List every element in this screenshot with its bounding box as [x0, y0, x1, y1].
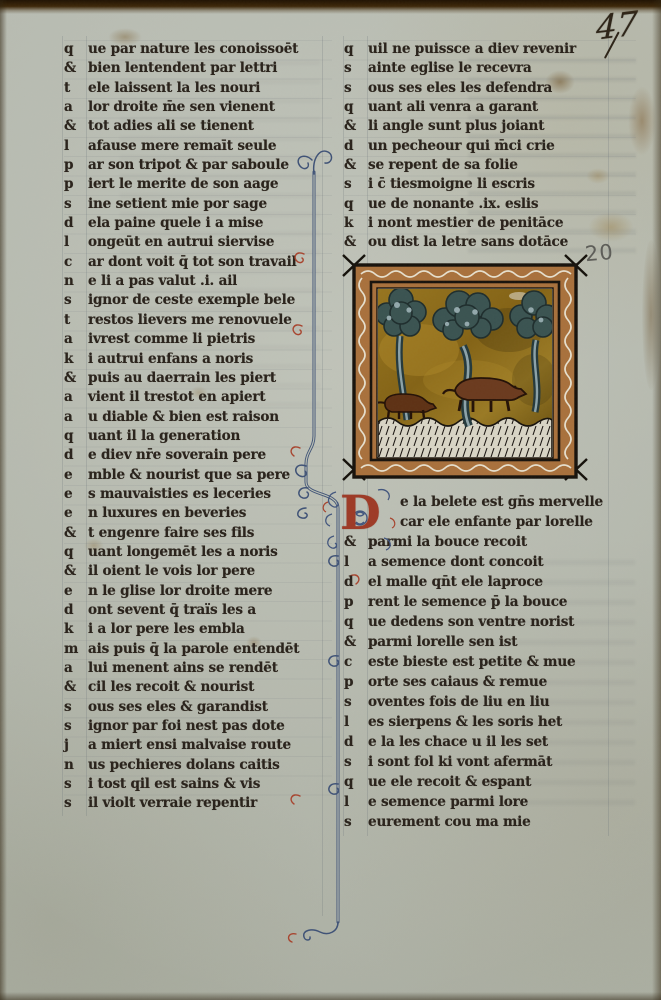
line-text: tot adies ali se tienent	[88, 117, 254, 136]
verse-line: soventes fois de liu en liu	[344, 692, 636, 712]
line-initial: &	[64, 369, 88, 388]
margin-annotation: 20	[584, 240, 615, 266]
line-text: es sierpens & les soris het	[368, 712, 562, 732]
verse-line: &parmi lorelle sen ist	[344, 632, 636, 652]
line-initial: c	[64, 253, 88, 272]
ruling-line	[62, 36, 63, 816]
line-text: afause mere remaīt seule	[88, 137, 276, 156]
line-initial: l	[344, 792, 368, 812]
line-text: car ele enfante par lorelle	[400, 512, 593, 532]
verse-line: si c̄ tiesmoigne li escris	[344, 175, 636, 194]
line-text: lor droite m̄e sen vienent	[88, 98, 275, 117]
line-text: n le glise lor droite mere	[88, 582, 272, 601]
line-text: e diev nr̄e soverain pere	[88, 446, 266, 465]
verse-line: del malle qn̄t ele laproce	[344, 572, 636, 592]
line-text: bien lentendent par lettri	[88, 59, 277, 78]
verse-line: que par nature les conoissoēt	[64, 40, 332, 59]
verse-line: &bien lentendent par lettri	[64, 59, 332, 78]
line-initial: a	[64, 388, 88, 407]
line-text: puis au daerrain les piert	[88, 369, 276, 388]
verse-line: que ele recoit & espant	[344, 772, 636, 792]
verse-line: &tot adies ali se tienent	[64, 117, 332, 136]
verse-line: quil ne puissce a diev revenir	[344, 40, 636, 59]
line-initial: &	[64, 562, 88, 581]
line-initial: q	[344, 612, 368, 632]
line-text: ivrest comme li pietris	[88, 330, 255, 349]
line-initial: q	[64, 40, 88, 59]
line-initial: k	[64, 350, 88, 369]
line-text: uant il la generation	[88, 427, 240, 446]
line-initial: s	[64, 698, 88, 717]
verse-line: prent le semence p̄ la bouce	[344, 592, 636, 612]
line-initial: k	[64, 620, 88, 639]
line-initial: s	[64, 794, 88, 813]
line-text: e li a pas valut .i. ail	[88, 272, 237, 291]
line-text: eurement cou ma mie	[368, 812, 531, 832]
line-text: u diable & bien est raison	[88, 408, 279, 427]
line-text: ele laissent la les nouri	[88, 79, 260, 98]
line-text: ar dont voit q̄ tot son travail	[88, 253, 297, 272]
verse-line: sous ses eles les defendra	[344, 79, 636, 98]
line-text: ignor par foi nest pas dote	[88, 717, 285, 736]
line-text: i sont fol ki vont afermāt	[368, 752, 552, 772]
line-initial: &	[64, 524, 88, 543]
page-edge-bottom	[0, 992, 661, 1000]
line-text: e la les chace u il les set	[368, 732, 548, 752]
line-initial: s	[64, 775, 88, 794]
line-initial: d	[344, 572, 368, 592]
verse-line: le semence parmi lore	[344, 792, 636, 812]
line-initial: c	[344, 652, 368, 672]
line-text: i nont mestier de penitāce	[368, 214, 563, 233]
line-text: este bieste est petite & mue	[368, 652, 576, 672]
line-text: i c̄ tiesmoigne li escris	[368, 175, 535, 194]
manuscript-page: 47 que par nature les conoissoēt&bien le…	[0, 0, 661, 1000]
line-initial: l	[344, 552, 368, 572]
page-edge-left	[0, 0, 7, 1000]
verse-line: que de nonante .ix. eslis	[344, 195, 636, 214]
line-initial: s	[64, 717, 88, 736]
illuminated-initial-D: D	[326, 488, 396, 554]
line-text: n luxures en beveries	[88, 504, 246, 523]
line-text: un pecheour qui m̄ci crie	[368, 137, 555, 156]
line-initial: l	[64, 137, 88, 156]
miniature-weasels	[349, 260, 581, 484]
line-initial: s	[64, 195, 88, 214]
line-text: vient il trestot en apiert	[88, 388, 265, 407]
line-text: il oient le vois lor pere	[88, 562, 255, 581]
line-initial: s	[344, 79, 368, 98]
verse-line: les sierpens & les soris het	[344, 712, 636, 732]
line-initial: m	[64, 640, 88, 659]
verse-line: ceste bieste est petite & mue	[344, 652, 636, 672]
line-text: ou dist la letre sans dotāce	[368, 233, 568, 252]
line-initial: &	[344, 632, 368, 652]
verse-line: quant ali venra a garant	[344, 98, 636, 117]
verse-line: la semence dont concoit	[344, 552, 636, 572]
line-text: uil ne puissce a diev revenir	[368, 40, 576, 59]
line-initial: e	[64, 485, 88, 504]
line-text: mble & nourist que sa pere	[88, 466, 290, 485]
right-text-column-top: quil ne puissce a diev revenirsainte egl…	[344, 40, 636, 253]
right-text-column-bottom: D e la belete est gn̄s mervellecar ele e…	[344, 492, 636, 832]
line-initial: s	[344, 59, 368, 78]
line-text: ongeūt en autrui siervise	[88, 233, 274, 252]
line-initial: p	[64, 175, 88, 194]
line-text: uant ali venra a garant	[368, 98, 538, 117]
line-initial: &	[64, 678, 88, 697]
line-initial: &	[64, 59, 88, 78]
line-initial: q	[64, 543, 88, 562]
line-initial: e	[64, 582, 88, 601]
verse-line: dun pecheour qui m̄ci crie	[344, 137, 636, 156]
line-initial: l	[64, 233, 88, 252]
line-initial: t	[64, 79, 88, 98]
line-initial: s	[64, 291, 88, 310]
verse-line: &li angle sunt plus joiant	[344, 117, 636, 136]
line-text: ignor de ceste exemple bele	[88, 291, 295, 310]
line-text: ar son tripot & par saboule	[88, 156, 289, 175]
line-text: cil les recoit & nourist	[88, 678, 254, 697]
line-text: restos lievers me renovuele	[88, 311, 292, 330]
verse-line: sainte eglise le recevra	[344, 59, 636, 78]
verse-line: &se repent de sa folie	[344, 156, 636, 175]
line-text: ela paine quele i a mise	[88, 214, 263, 233]
line-initial: l	[344, 712, 368, 732]
line-text: li angle sunt plus joiant	[368, 117, 544, 136]
line-text: ue dedens son ventre norist	[368, 612, 574, 632]
line-text: se repent de sa folie	[368, 156, 518, 175]
line-text: oventes fois de liu en liu	[368, 692, 549, 712]
line-initial: s	[344, 812, 368, 832]
line-initial: q	[344, 40, 368, 59]
line-initial: n	[64, 272, 88, 291]
line-text: ais puis q̄ la parole entendēt	[88, 640, 299, 659]
line-initial: q	[344, 98, 368, 117]
line-text: ine setient mie por sage	[88, 195, 267, 214]
line-initial: j	[64, 736, 88, 755]
line-initial: d	[344, 732, 368, 752]
line-text: us pechieres dolans caitis	[88, 756, 280, 775]
line-text: s mauvaisties es leceries	[88, 485, 271, 504]
line-text: ue ele recoit & espant	[368, 772, 531, 792]
line-initial: &	[344, 117, 368, 136]
line-initial: a	[64, 330, 88, 349]
line-text: ue par nature les conoissoēt	[88, 40, 298, 59]
line-text: a miert ensi malvaise route	[88, 736, 291, 755]
line-text: uant longemēt les a noris	[88, 543, 278, 562]
line-initial: n	[64, 756, 88, 775]
line-text: il violt verraie repentir	[88, 794, 257, 813]
line-initial: e	[64, 466, 88, 485]
line-initial: s	[344, 692, 368, 712]
line-text: ous ses eles les defendra	[368, 79, 552, 98]
line-text: e semence parmi lore	[368, 792, 528, 812]
line-initial: a	[64, 98, 88, 117]
verse-line: que dedens son ventre norist	[344, 612, 636, 632]
line-initial: q	[64, 427, 88, 446]
line-initial: p	[344, 592, 368, 612]
verse-line: de la les chace u il les set	[344, 732, 636, 752]
line-text: lui menent ains se rendēt	[88, 659, 278, 678]
verse-line: si sont fol ki vont afermāt	[344, 752, 636, 772]
miniature-art	[349, 260, 581, 484]
line-text: t engenre faire ses fils	[88, 524, 254, 543]
line-initial: d	[64, 446, 88, 465]
line-initial: p	[344, 672, 368, 692]
page-edge-right	[652, 0, 661, 1000]
line-text: ont sevent q̄ traïs les a	[88, 601, 256, 620]
line-initial: e	[64, 504, 88, 523]
line-initial: d	[64, 214, 88, 233]
verse-line: ki nont mestier de penitāce	[344, 214, 636, 233]
line-text: ainte eglise le recevra	[368, 59, 532, 78]
line-text: rent le semence p̄ la bouce	[368, 592, 567, 612]
line-text: e la belete est gn̄s mervelle	[400, 492, 603, 512]
line-initial: a	[64, 659, 88, 678]
page-edge-top	[0, 0, 661, 14]
line-initial: t	[64, 311, 88, 330]
verse-line: tele laissent la les nouri	[64, 79, 332, 98]
line-text: i tost qil est sains & vis	[88, 775, 260, 794]
line-text: ous ses eles & garandist	[88, 698, 268, 717]
verse-line: alor droite m̄e sen vienent	[64, 98, 332, 117]
line-initial: q	[344, 772, 368, 792]
verse-lines: &parmi la bouce recoitla semence dont co…	[344, 532, 636, 832]
verse-line: seurement cou ma mie	[344, 812, 636, 832]
line-initial: a	[64, 408, 88, 427]
verse-line: porte ses caiaus & remue	[344, 672, 636, 692]
line-text: iert le merite de son aage	[88, 175, 278, 194]
line-text: i a lor pere les embla	[88, 620, 245, 639]
line-initial: &	[64, 117, 88, 136]
line-initial: d	[64, 601, 88, 620]
line-text: parmi lorelle sen ist	[368, 632, 517, 652]
line-text: el malle qn̄t ele laproce	[368, 572, 543, 592]
line-text: a semence dont concoit	[368, 552, 544, 572]
line-text: ue de nonante .ix. eslis	[368, 195, 538, 214]
line-text: orte ses caiaus & remue	[368, 672, 547, 692]
line-initial: s	[344, 752, 368, 772]
line-initial: p	[64, 156, 88, 175]
drop-cap-letter: D	[340, 484, 381, 544]
line-text: i autrui enfans a noris	[88, 350, 253, 369]
